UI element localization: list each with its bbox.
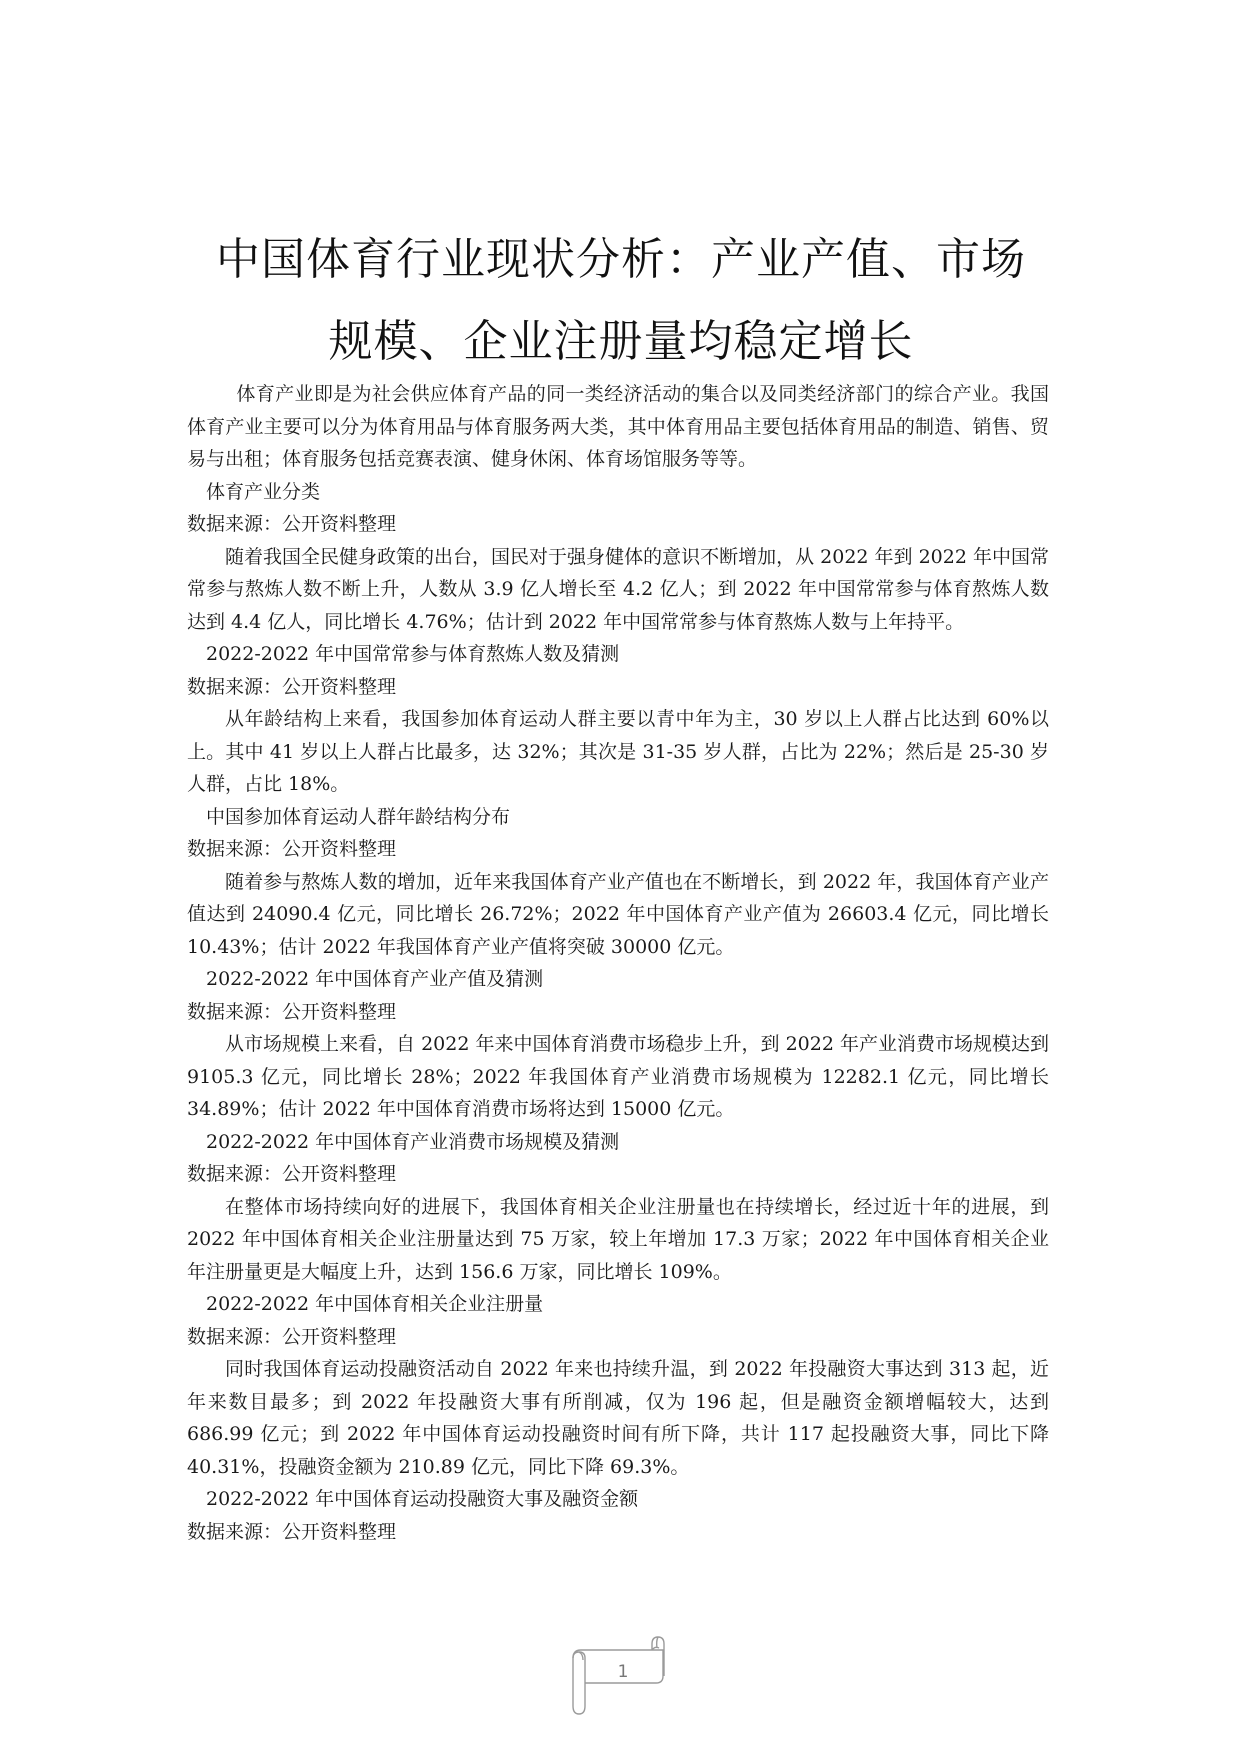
data-source: 数据来源：公开资料整理: [187, 996, 1049, 1029]
title-line-2: 规模、企业注册量均稳定增长: [329, 316, 914, 367]
figure-caption-consumer-market: 2022-2022 年中国体育产业消费市场规模及猜测: [187, 1126, 1049, 1159]
data-source: 数据来源：公开资料整理: [187, 833, 1049, 866]
figure-caption-investment-financing: 2022-2022 年中国体育运动投融资大事及融资金额: [187, 1483, 1049, 1516]
figure-caption-exercise-population: 2022-2022 年中国常常参与体育熬炼人数及猜测: [187, 638, 1049, 671]
page-number: 1: [563, 1662, 683, 1682]
document-title: 中国体育行业现状分析：产业产值、市场 规模、企业注册量均稳定增长: [186, 219, 1056, 383]
paragraph-intro: 体育产业即是为社会供应体育产品的同一类经济活动的集合以及同类经济部门的综合产业。…: [187, 378, 1049, 476]
paragraph-consumer-market: 从市场规模上来看，自 2022 年来中国体育消费市场稳步上升，到 2022 年产…: [187, 1028, 1049, 1126]
data-source: 数据来源：公开资料整理: [187, 508, 1049, 541]
document-page: 中国体育行业现状分析：产业产值、市场 规模、企业注册量均稳定增长 体育产业即是为…: [0, 0, 1240, 1753]
figure-caption-age-structure: 中国参加体育运动人群年龄结构分布: [187, 801, 1049, 834]
paragraph-investment-financing: 同时我国体育运动投融资活动自 2022 年来也持续升温，到 2022 年投融资大…: [187, 1353, 1049, 1483]
data-source: 数据来源：公开资料整理: [187, 1516, 1049, 1549]
figure-caption-enterprise-registration: 2022-2022 年中国体育相关企业注册量: [187, 1288, 1049, 1321]
figure-caption-industry-output: 2022-2022 年中国体育产业产值及猜测: [187, 963, 1049, 996]
page-number-badge: 1: [563, 1636, 683, 1716]
document-body: 体育产业即是为社会供应体育产品的同一类经济活动的集合以及同类经济部门的综合产业。…: [187, 378, 1049, 1548]
data-source: 数据来源：公开资料整理: [187, 1158, 1049, 1191]
title-line-1: 中国体育行业现状分析：产业产值、市场: [216, 234, 1026, 285]
paragraph-exercise-population: 随着我国全民健身政策的出台，国民对于强身健体的意识不断增加，从 2022 年到 …: [187, 541, 1049, 639]
paragraph-enterprise-registration: 在整体市场持续向好的进展下，我国体育相关企业注册量也在持续增长，经过近十年的进展…: [187, 1191, 1049, 1289]
figure-caption-industry-classification: 体育产业分类: [187, 476, 1049, 509]
data-source: 数据来源：公开资料整理: [187, 671, 1049, 704]
paragraph-age-structure: 从年龄结构上来看，我国参加体育运动人群主要以青中年为主，30 岁以上人群占比达到…: [187, 703, 1049, 801]
paragraph-industry-output: 随着参与熬炼人数的增加，近年来我国体育产业产值也在不断增长，到 2022 年，我…: [187, 866, 1049, 964]
data-source: 数据来源：公开资料整理: [187, 1321, 1049, 1354]
